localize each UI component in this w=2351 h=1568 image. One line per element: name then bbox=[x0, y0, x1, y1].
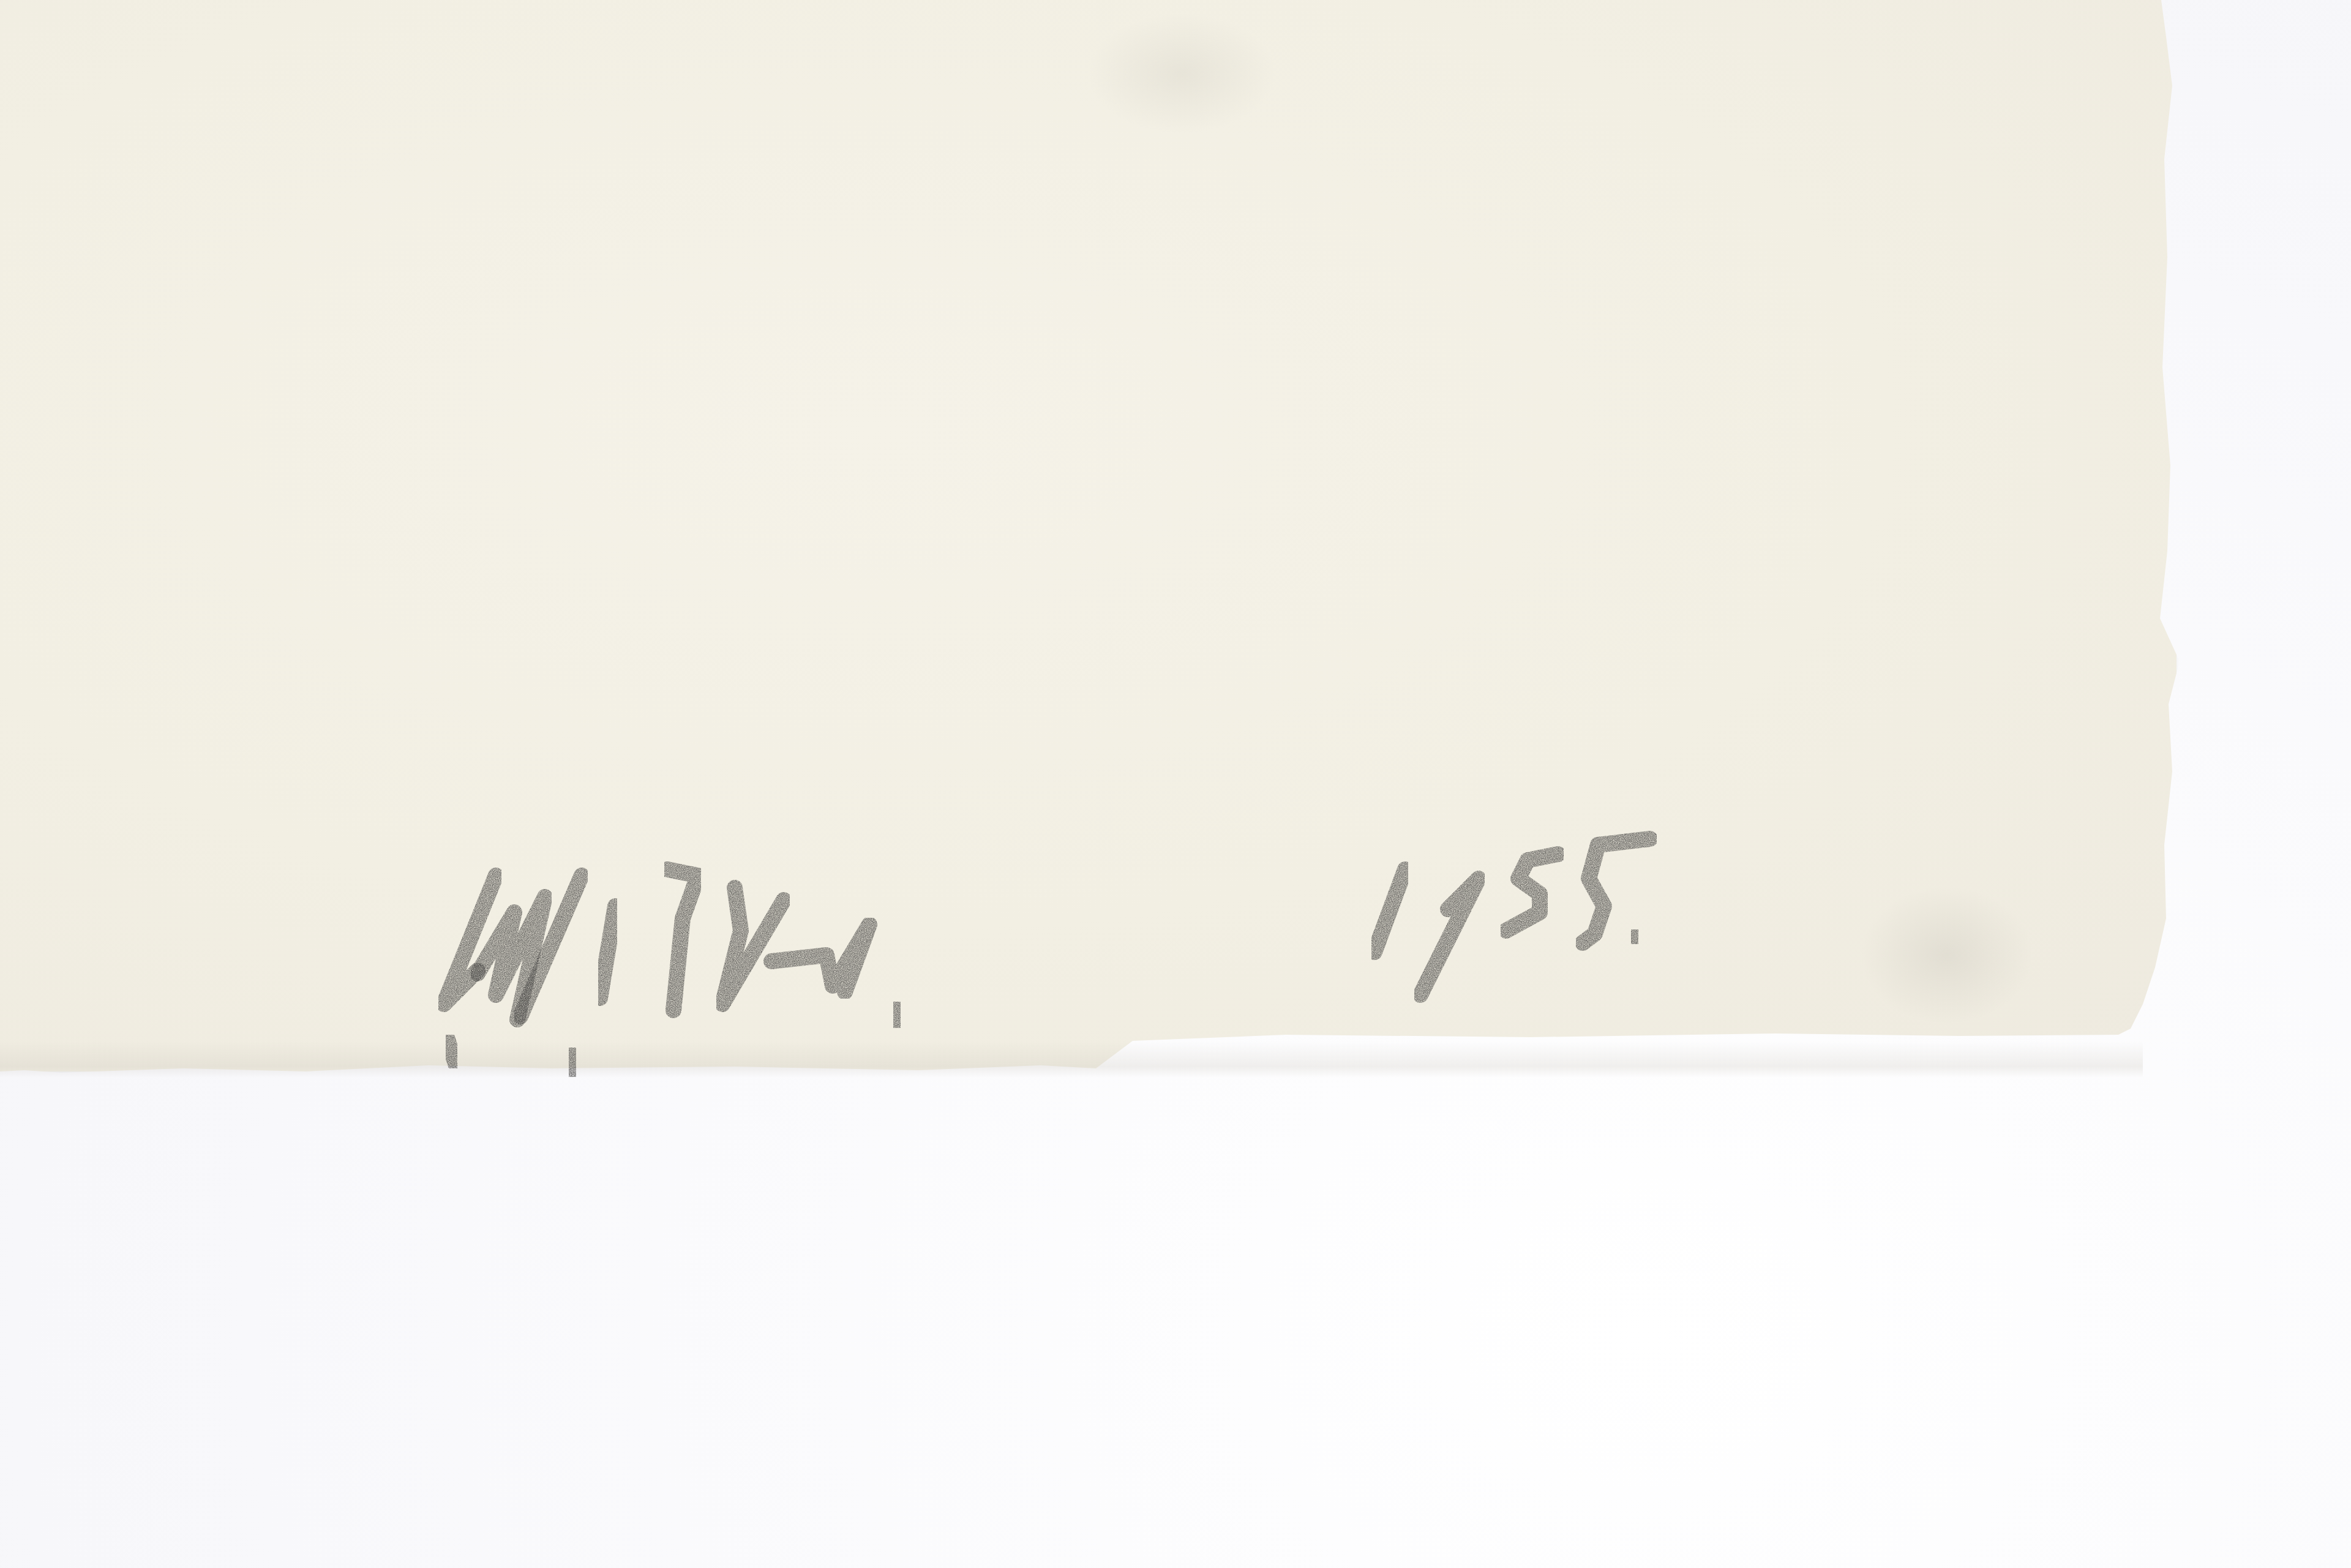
pencil-signature: Signature (illegible pencil) bbox=[404, 863, 1237, 1047]
pencil-date: 1955. bbox=[1353, 808, 1818, 1004]
date-strokes bbox=[1353, 808, 1818, 1004]
signature-strokes bbox=[404, 863, 1237, 1047]
